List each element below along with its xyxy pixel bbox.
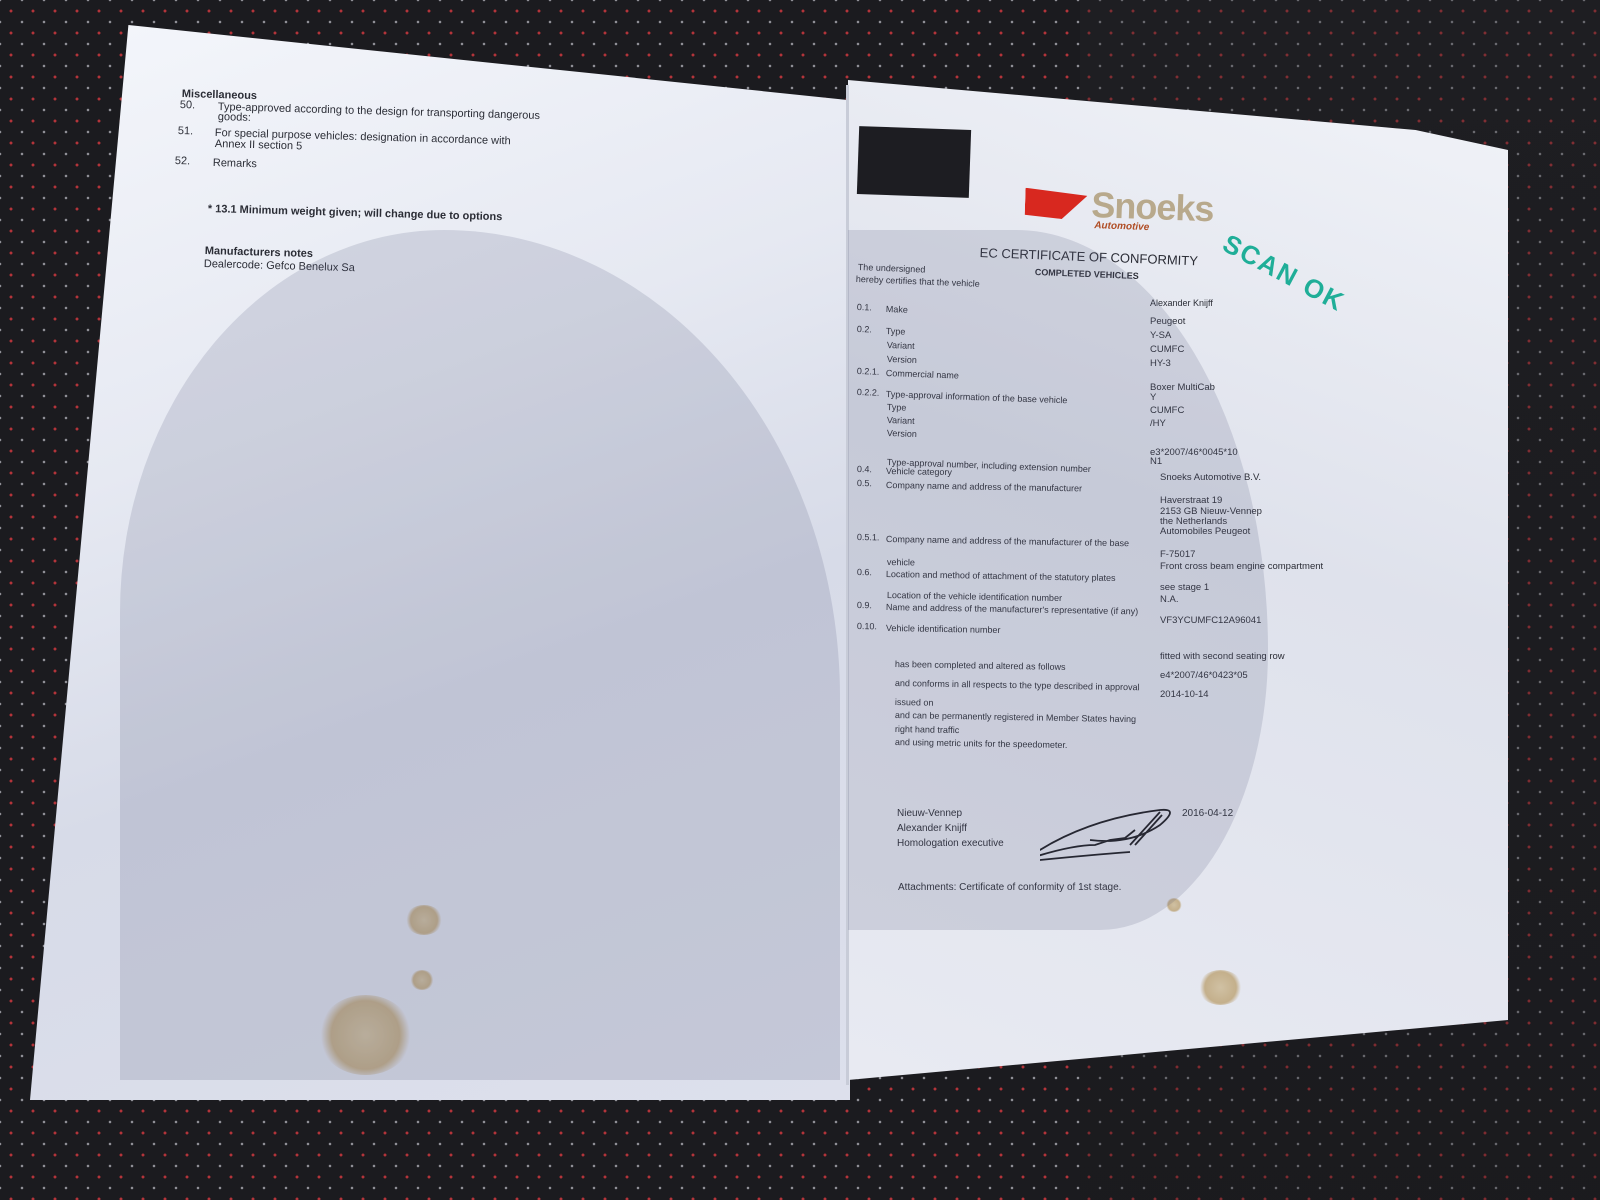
row-number: 0.5.1. — [857, 532, 880, 542]
row-number: 0.9. — [857, 600, 872, 610]
row-label: Variant — [887, 340, 915, 351]
coffee-stain — [410, 970, 434, 990]
row-value: Y-SA — [1150, 330, 1171, 341]
signature-icon — [1040, 800, 1180, 880]
item-label-cont: Annex II section 5 — [215, 138, 303, 152]
signer-name: Alexander Knijff — [897, 823, 967, 834]
company-logo: Snoeks Automotive — [1024, 182, 1214, 231]
place: Nieuw-Vennep — [897, 808, 962, 819]
coffee-stain — [318, 995, 413, 1075]
row-value: Snoeks Automotive B.V. — [1160, 472, 1261, 483]
coffee-stain — [1166, 898, 1182, 912]
attachments: Attachments: Certificate of conformity o… — [898, 882, 1121, 893]
row-value: Boxer MultiCab — [1150, 382, 1215, 393]
row-value: VF3YCUMFC12A96041 — [1160, 615, 1261, 626]
row-value: e4*2007/46*0423*05 — [1160, 670, 1248, 681]
row-value: Haverstraat 19 — [1160, 495, 1222, 506]
redacted-block — [857, 126, 971, 198]
item-num: 51. — [178, 125, 194, 137]
signature-date: 2016-04-12 — [1182, 808, 1233, 819]
logo-sub: Automotive — [1094, 220, 1149, 233]
logo-mark-icon — [1025, 188, 1088, 220]
row-value: see stage 1 — [1160, 582, 1209, 593]
row-value: HY-3 — [1150, 358, 1171, 369]
row-value: N.A. — [1160, 594, 1178, 605]
row-value: N1 — [1150, 456, 1162, 467]
coffee-stain — [405, 905, 443, 935]
row-value: CUMFC — [1150, 344, 1184, 355]
row-value: Y — [1150, 392, 1156, 403]
row-value: F-75017 — [1160, 549, 1195, 560]
item-label-cont: goods: — [218, 111, 251, 124]
row-number: 0.2. — [857, 324, 872, 335]
row-value: 2014-10-14 — [1160, 689, 1209, 700]
signatory-top: Alexander Knijff — [1150, 298, 1213, 308]
row-label: Make — [886, 304, 908, 315]
row-label: Vehicle identification number — [886, 623, 1001, 635]
row-value: Peugeot — [1150, 316, 1185, 327]
row-label: vehicle — [887, 557, 915, 567]
row-label: Type — [887, 402, 907, 413]
row-number: 0.4. — [857, 464, 872, 474]
row-value: fitted with second seating row — [1160, 651, 1285, 662]
row-number: 0.2.1. — [857, 366, 880, 377]
row-label: right hand traffic — [895, 724, 960, 735]
item-num: 52. — [175, 155, 191, 167]
page-fold — [846, 85, 849, 1085]
row-value: Front cross beam engine compartment — [1160, 561, 1323, 572]
row-value: e3*2007/46*0045*10 — [1150, 447, 1238, 458]
item-num: 50. — [180, 99, 196, 111]
row-value: CUMFC — [1150, 405, 1184, 416]
row-label: Type — [886, 326, 906, 337]
row-number: 0.10. — [857, 621, 877, 631]
row-label: Version — [887, 428, 917, 439]
row-value: Automobiles Peugeot — [1160, 526, 1250, 537]
row-label: Variant — [887, 415, 915, 426]
row-number: 0.2.2. — [857, 387, 880, 398]
item-label: Remarks — [213, 157, 257, 170]
row-label: Version — [887, 354, 917, 365]
row-label: Vehicle category — [886, 466, 952, 477]
row-number: 0.5. — [857, 478, 872, 488]
signer-role: Homologation executive — [897, 838, 1004, 849]
row-label: issued on — [895, 697, 934, 708]
coffee-stain — [1198, 970, 1243, 1005]
row-number: 0.1. — [857, 302, 872, 313]
row-number: 0.6. — [857, 567, 872, 577]
row-value: /HY — [1150, 418, 1166, 429]
certificate-left-page — [30, 25, 850, 1100]
